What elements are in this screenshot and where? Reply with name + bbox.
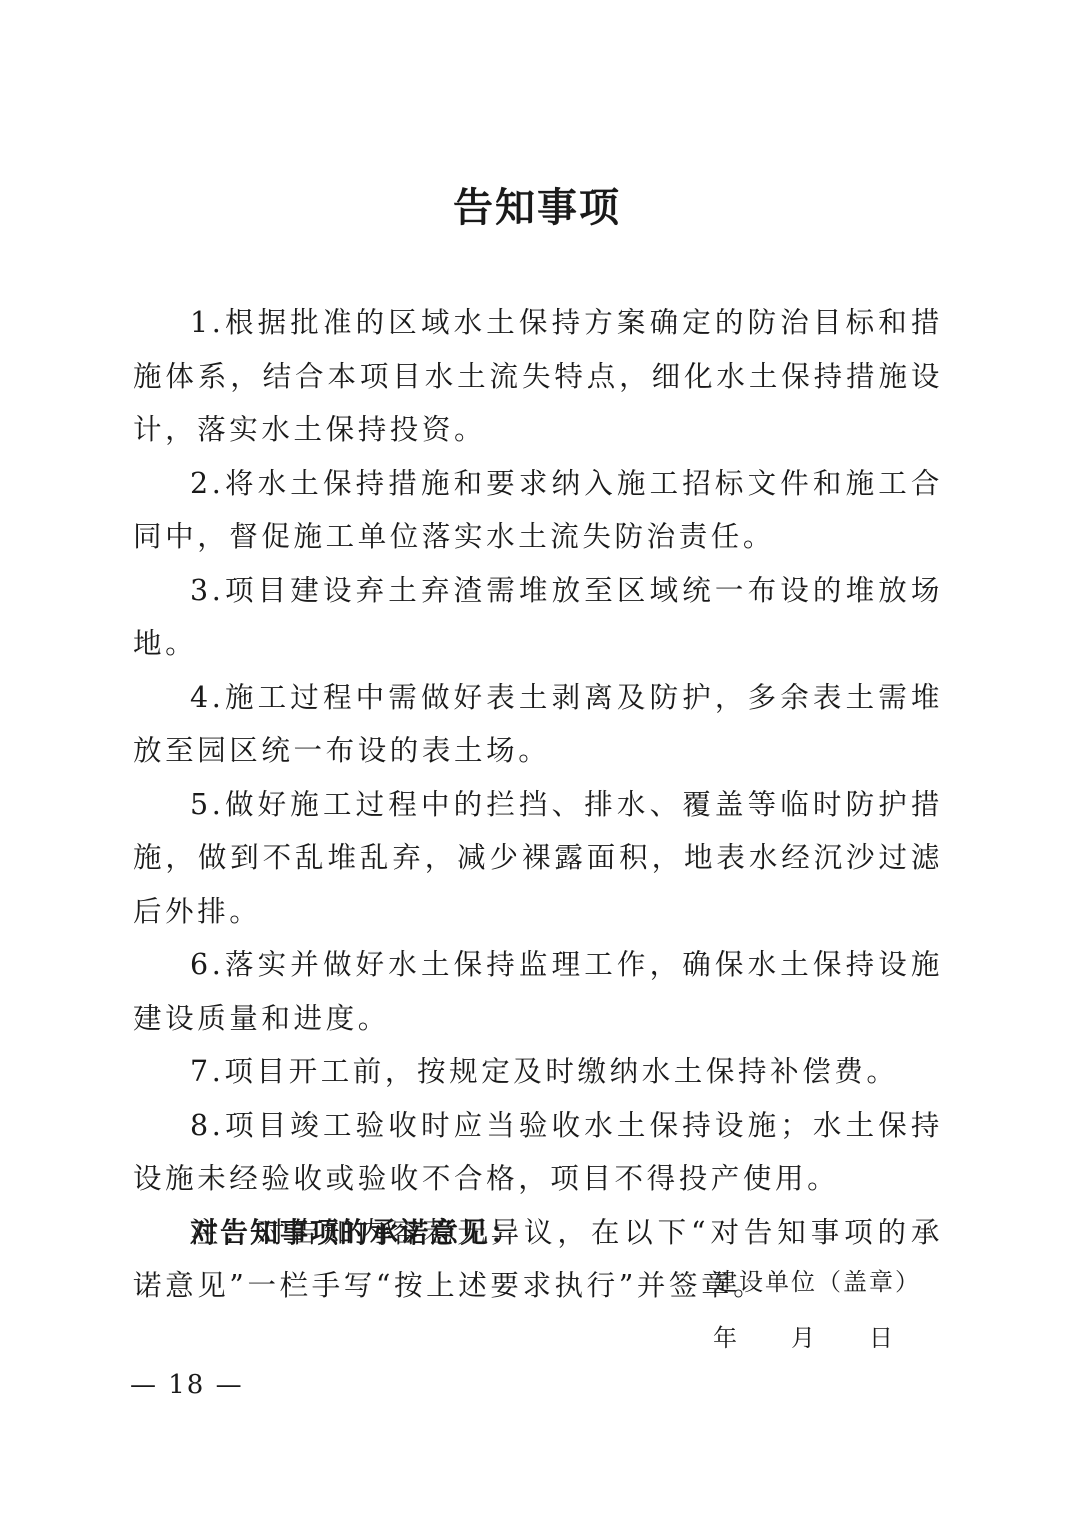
pledge-heading: 对告知事项的承诺意见： xyxy=(190,1208,520,1258)
notice-item-2: 2.将水土保持措施和要求纳入施工招标文件和施工合同中，督促施工单位落实水土流失防… xyxy=(133,457,943,564)
date-year-label: 年 xyxy=(713,1318,791,1358)
notice-item-8: 8.项目竣工验收时应当验收水土保持设施；水土保持设施未经验收或验收不合格，项目不… xyxy=(133,1099,943,1206)
notice-item-6: 6.落实并做好水土保持监理工作，确保水土保持设施建设质量和进度。 xyxy=(133,938,943,1045)
page-title: 告知事项 xyxy=(0,183,1074,233)
notice-body: 1.根据批准的区域水土保持方案确定的防治目标和措施体系，结合本项目水土流失特点，… xyxy=(133,296,943,1313)
signature-date: 年 月 日 xyxy=(713,1318,893,1358)
notice-item-5: 5.做好施工过程中的拦挡、排水、覆盖等临时防护措施，做到不乱堆乱弃，减少裸露面积… xyxy=(133,778,943,939)
notice-item-7: 7.项目开工前，按规定及时缴纳水土保持补偿费。 xyxy=(133,1045,943,1099)
document-page: 告知事项 1.根据批准的区域水土保持方案确定的防治目标和措施体系，结合本项目水土… xyxy=(0,0,1074,1520)
page-number: — 18 — xyxy=(130,1365,244,1405)
notice-item-3: 3.项目建设弃土弃渣需堆放至区域统一布设的堆放场地。 xyxy=(133,564,943,671)
signature-unit-label: 建设单位（盖章） xyxy=(713,1262,921,1302)
notice-item-4: 4.施工过程中需做好表土剥离及防护，多余表土需堆放至园区统一布设的表土场。 xyxy=(133,671,943,778)
notice-item-1: 1.根据批准的区域水土保持方案确定的防治目标和措施体系，结合本项目水土流失特点，… xyxy=(133,296,943,457)
date-month-label: 月 xyxy=(791,1318,869,1358)
date-day-label: 日 xyxy=(869,1318,893,1358)
